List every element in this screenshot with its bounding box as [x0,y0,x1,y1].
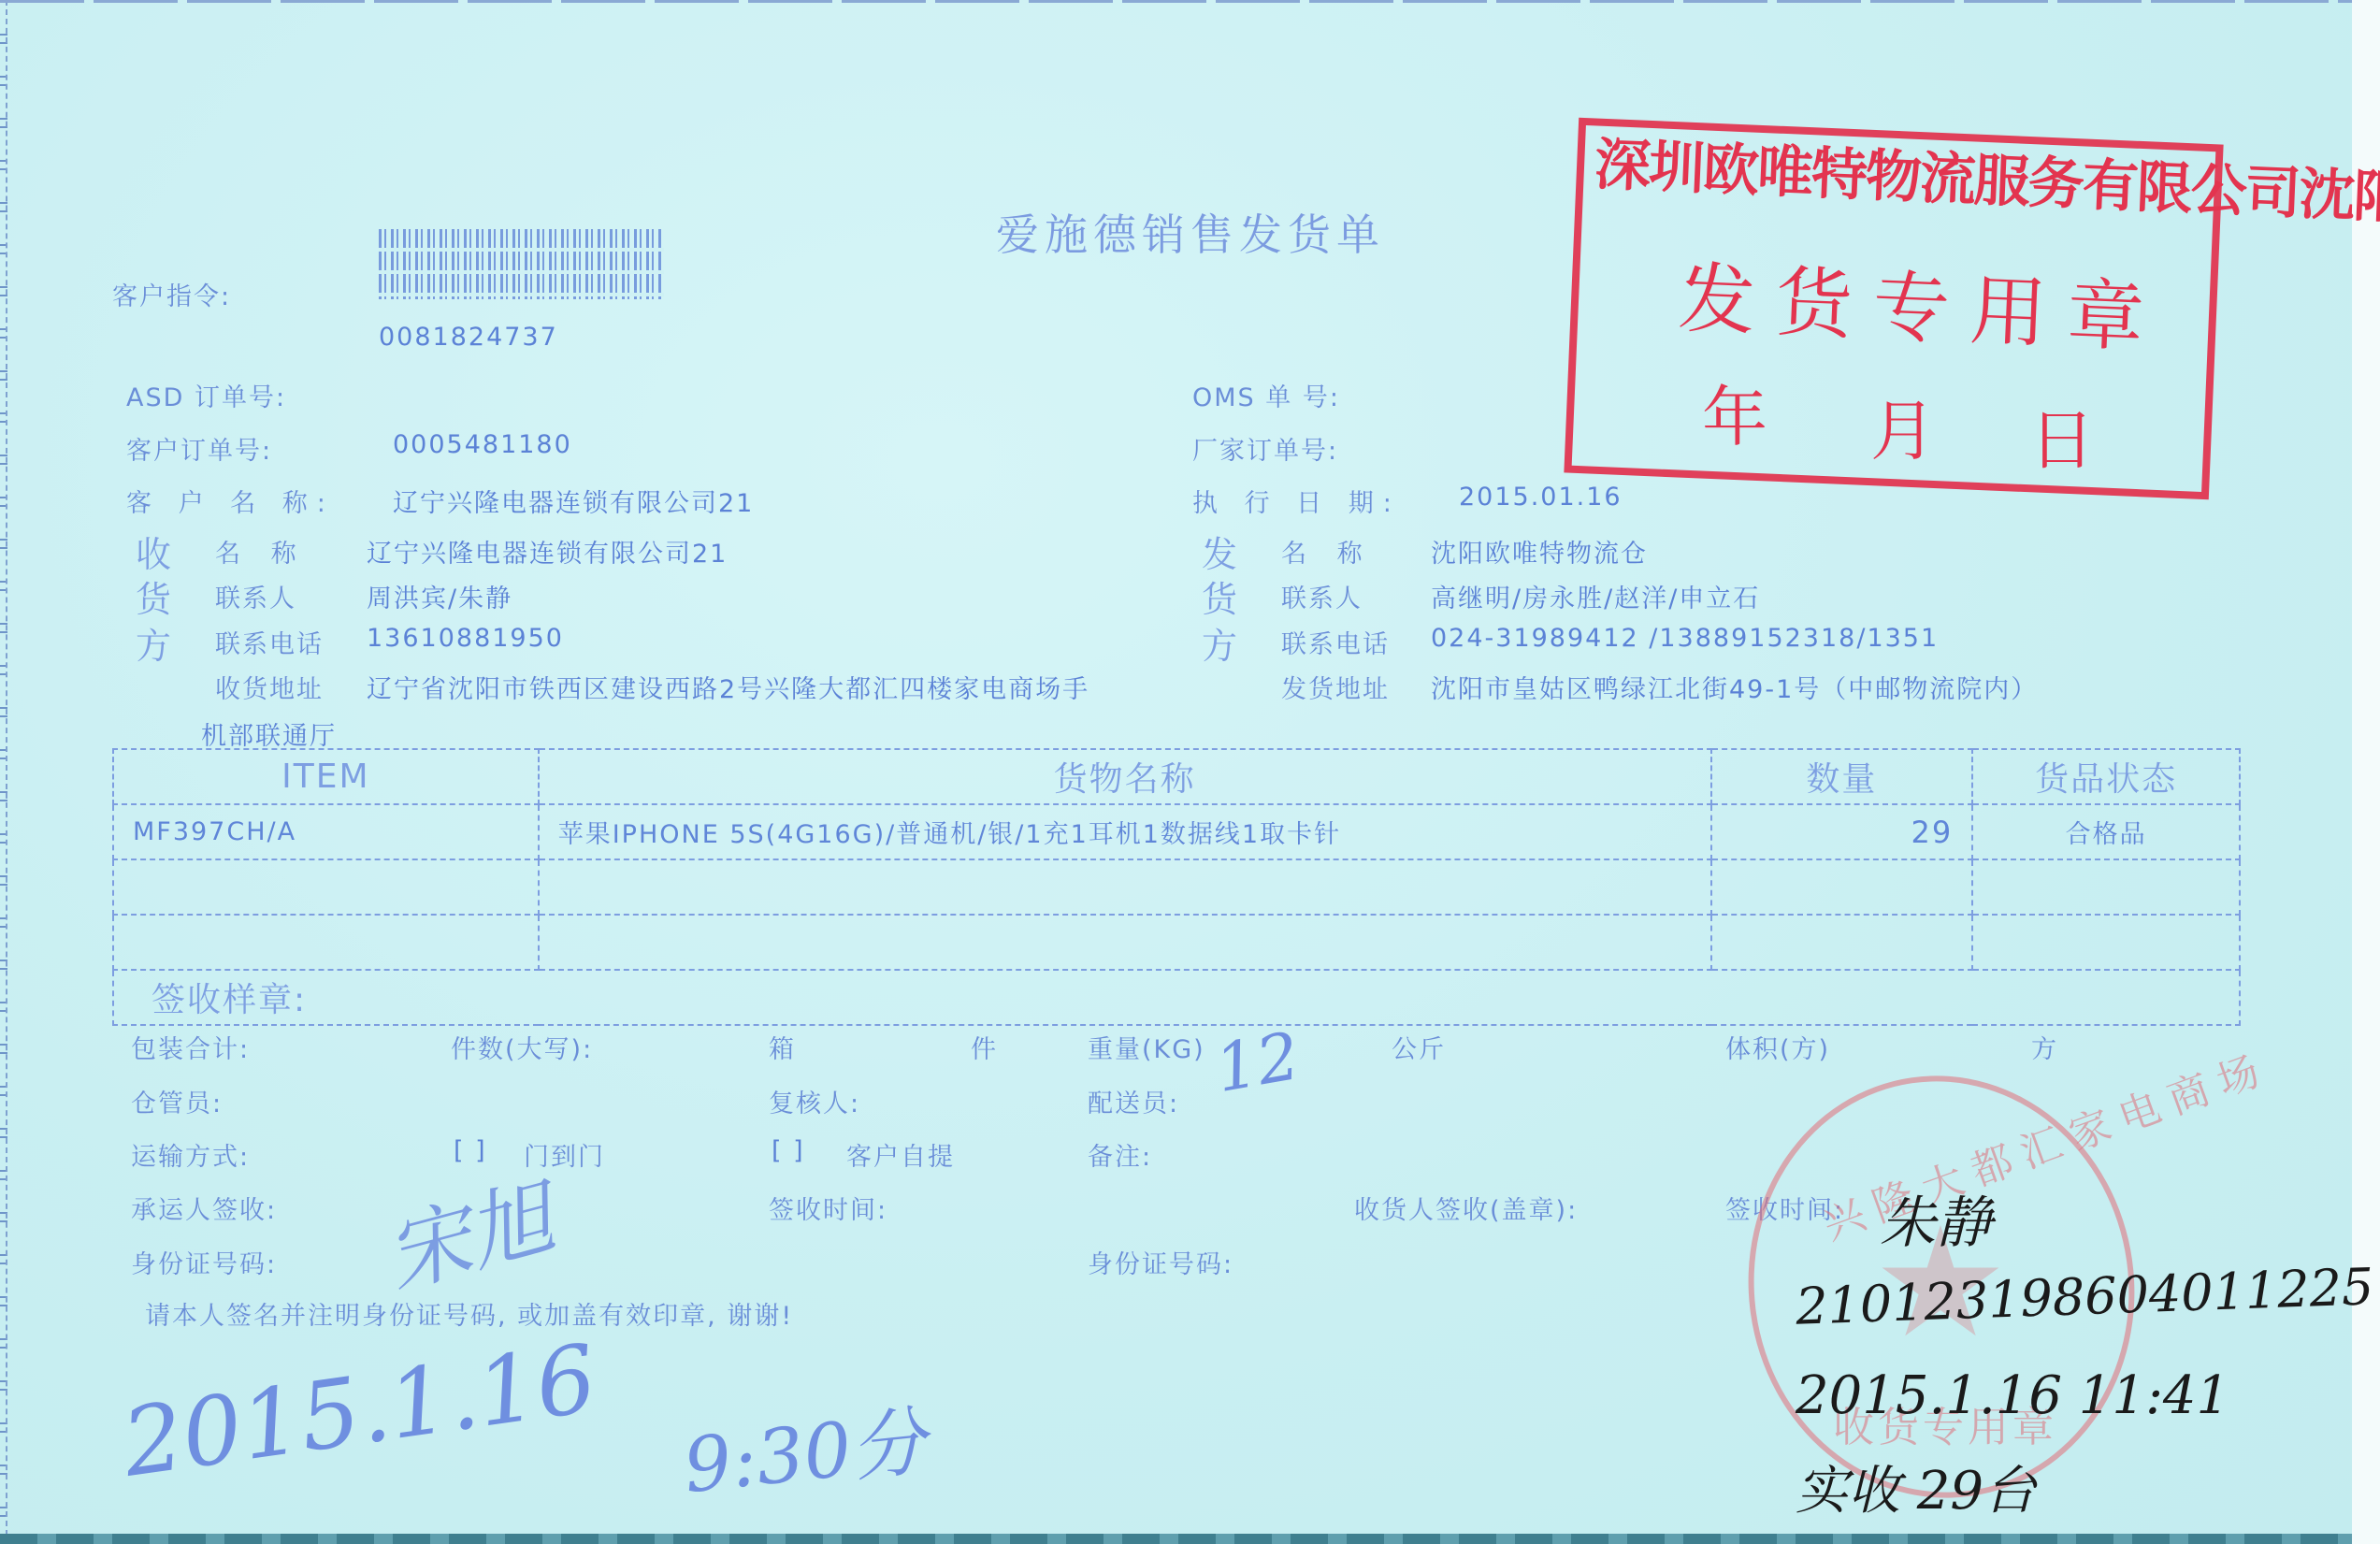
shipper-phone-label: 联系电话 [1281,624,1390,660]
shipper-contact-value: 高继明/房永胜/赵洋/申立石 [1431,578,1760,614]
handwritten-weight: 12 [1210,1017,1305,1107]
shipping-stamp-month: 月 [1870,379,1936,473]
kg-label: 公斤 [1392,1029,1446,1065]
shipping-stamp-title: 发货专用章 [1677,238,2167,368]
exec-date-label: 执 行 日 期: [1192,483,1401,519]
box-label: 箱 [769,1029,796,1065]
id-number-label-right: 身份证号码: [1088,1244,1233,1280]
consignee-address-label: 收货地址 [215,669,324,705]
consignee-address-line1: 辽宁省沈阳市铁西区建设西路2号兴隆大都汇四楼家电商场手 [367,669,1089,705]
cell-quantity [1711,915,1973,970]
receiver-signature: 朱静 [1880,1178,1992,1259]
consignee-side-1: 收 [136,526,173,577]
cell-quantity [1711,859,1973,915]
customer-name-label: 客 户 名 称: [126,483,335,519]
shipper-side-2: 货 [1202,570,1239,622]
shipper-side-1: 发 [1202,526,1239,577]
cell-item: MF397CH/A [113,804,539,859]
consignee-address-line2: 机部联通厅 [201,715,337,752]
consignee-side-2: 货 [136,570,173,622]
shipper-contact-label: 联系人 [1281,578,1363,614]
consignee-phone-value: 13610881950 [367,624,564,653]
goods-table: ITEM 货物名称 数量 货品状态 MF397CH/A 苹果IPHONE 5S(… [112,748,2241,1026]
volume-label: 体积(方) [1725,1029,1830,1065]
pack-total-label: 包装合计: [131,1029,250,1065]
asd-order-label: ASD 订单号: [126,377,286,413]
oms-label: OMS 单 号: [1192,377,1340,413]
cell-goods-name [539,915,1711,970]
shipper-side-3: 方 [1202,617,1239,669]
table-row [113,859,2240,915]
door-to-door-checkbox[interactable]: [ ] [454,1136,487,1165]
col-header-item: ITEM [113,749,539,804]
pickup-label: 客户自提 [846,1136,955,1173]
table-row [113,915,2240,970]
cell-status: 合格品 [1972,804,2240,859]
top-perforation [0,0,2352,3]
document-title: 爱施德销售发货单 [996,201,1385,263]
cell-status [1972,915,2240,970]
cell-quantity: 29 [1711,804,1973,859]
consignee-side-3: 方 [136,617,173,669]
consignee-name-label: 名 称 [215,533,308,570]
customer-name-value: 辽宁兴隆电器连锁有限公司21 [393,483,754,519]
customer-instruction-label: 客户指令: [112,276,231,312]
col-header-quantity: 数量 [1711,749,1973,804]
shipping-stamp-year: 年 [1702,365,1767,459]
piece-label: 件 [971,1029,998,1065]
customer-order-label: 客户订单号: [126,430,272,467]
consignee-contact-label: 联系人 [215,578,296,614]
shipper-name-value: 沈阳欧唯特物流仓 [1431,533,1648,570]
shipping-stamp-day: 日 [2029,388,2095,483]
sign-sample-label: 签收样章: [113,970,2240,1025]
cell-item [113,915,539,970]
shipper-address-label: 发货地址 [1281,669,1390,705]
perforated-edge [0,0,7,1536]
receiver-datetime: 2015.1.16 11:41 [1796,1365,2229,1426]
table-header-row: ITEM 货物名称 数量 货品状态 [113,749,2240,804]
carrier-sign-label: 承运人签收: [131,1190,277,1226]
received-count: 实收 29台 [1796,1450,2036,1524]
weight-label: 重量(KG) [1088,1029,1205,1065]
barcode-number: 0081824737 [379,323,558,352]
table-row: MF397CH/A 苹果IPHONE 5S(4G16G)/普通机/银/1充1耳机… [113,804,2240,859]
consignee-contact-value: 周洪宾/朱静 [367,578,512,614]
col-header-goods-name: 货物名称 [539,749,1711,804]
barcode-icon [379,229,664,299]
id-number-label-left: 身份证号码: [131,1244,277,1280]
cell-item [113,859,539,915]
cubic-label: 方 [2031,1029,2058,1065]
cell-goods-name: 苹果IPHONE 5S(4G16G)/普通机/银/1充1耳机1数据线1取卡针 [539,804,1711,859]
cell-goods-name [539,859,1711,915]
shipper-address-value: 沈阳市皇姑区鸭绿江北街49-1号（中邮物流院内） [1431,669,2038,705]
shipper-name-label: 名 称 [1281,533,1374,570]
col-header-status: 货品状态 [1972,749,2240,804]
consignee-name-value: 辽宁兴隆电器连锁有限公司21 [367,533,728,570]
paper-bottom-edge [0,1534,2352,1544]
consignee-phone-label: 联系电话 [215,624,324,660]
warehouse-keeper-label: 仓管员: [131,1083,223,1119]
exec-date-value: 2015.01.16 [1459,483,1623,512]
transport-label: 运输方式: [131,1136,250,1173]
customer-order-value: 0005481180 [393,430,572,459]
sign-time-label: 签收时间: [769,1190,887,1226]
pickup-checkbox[interactable]: [ ] [772,1136,805,1165]
reviewer-label: 复核人: [769,1083,860,1119]
factory-order-label: 厂家订单号: [1192,430,1338,467]
deliverer-label: 配送员: [1088,1083,1179,1119]
shipper-phone-value: 024-31989412 /13889152318/1351 [1431,624,1939,653]
pieces-label: 件数(大写): [451,1029,593,1065]
sign-sample-row: 签收样章: [113,970,2240,1025]
cell-status [1972,859,2240,915]
signature-notice: 请本人签名并注明身份证号码, 或加盖有效印章, 谢谢! [145,1295,793,1332]
remark-label: 备注: [1088,1136,1152,1173]
receiver-sign-label: 收货人签收(盖章): [1354,1190,1578,1226]
